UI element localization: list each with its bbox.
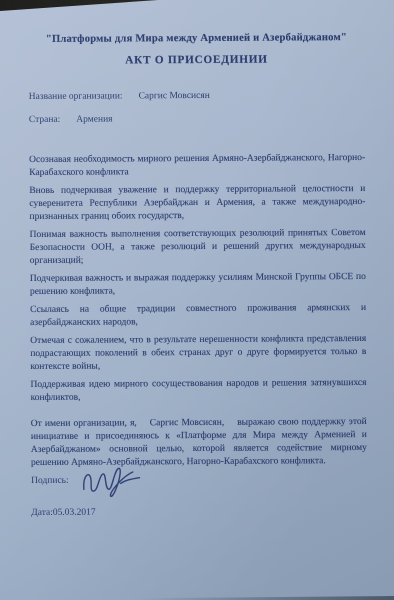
field-country-value: Армения bbox=[76, 115, 112, 125]
field-country-label: Страна: bbox=[29, 115, 60, 125]
paper: "Платформы для Мира между Арменией и Азе… bbox=[0, 0, 394, 600]
header-fields: Название организации:Саргис Мовсисян Стр… bbox=[29, 89, 365, 127]
signature-label: Подпись: bbox=[31, 476, 69, 486]
paragraph-preamble-6: Отмечая с сожалением, что в результате н… bbox=[30, 333, 366, 374]
date-label: Дата: bbox=[31, 508, 53, 518]
paragraph-preamble-3: Понимая важность выполнения соответствую… bbox=[30, 227, 366, 268]
signature-row: Подпись: bbox=[31, 473, 367, 505]
closing-signatory-name: Саргис Мовсисян, bbox=[150, 418, 224, 428]
date-value: 05.03.2017 bbox=[53, 508, 96, 518]
document-subtitle: АКТ О ПРИСОЕДИНИИ bbox=[29, 53, 365, 68]
document-photo: "Платформы для Мира между Арменией и Азе… bbox=[0, 0, 394, 600]
closing-prefix: От имени организации, я, bbox=[31, 418, 137, 429]
signature-scribble bbox=[79, 462, 145, 502]
paragraph-preamble-1: Осознавая необходимость мирного решения … bbox=[29, 152, 365, 180]
field-country: Страна:Армения bbox=[29, 112, 365, 127]
field-organization-label: Название организации: bbox=[29, 91, 123, 102]
field-organization: Название организации:Саргис Мовсисян bbox=[29, 89, 365, 104]
paragraph-preamble-5: Ссылаясь на общие традиции совместного п… bbox=[30, 302, 366, 330]
paragraph-preamble-7: Поддерживая идею мирного сосуществования… bbox=[30, 377, 366, 405]
document-body: Осознавая необходимость мирного решения … bbox=[29, 152, 367, 470]
paragraph-preamble-2: Вновь подчеркивая уважение и поддержку т… bbox=[29, 183, 365, 224]
document-title: "Платформы для Мира между Арменией и Азе… bbox=[28, 31, 364, 46]
paragraph-preamble-4: Подчеркивая важность и выражая поддержку… bbox=[30, 271, 366, 299]
date-row: Дата:05.03.2017 bbox=[31, 505, 367, 520]
field-organization-value: Саргис Мовсисян bbox=[139, 91, 210, 101]
